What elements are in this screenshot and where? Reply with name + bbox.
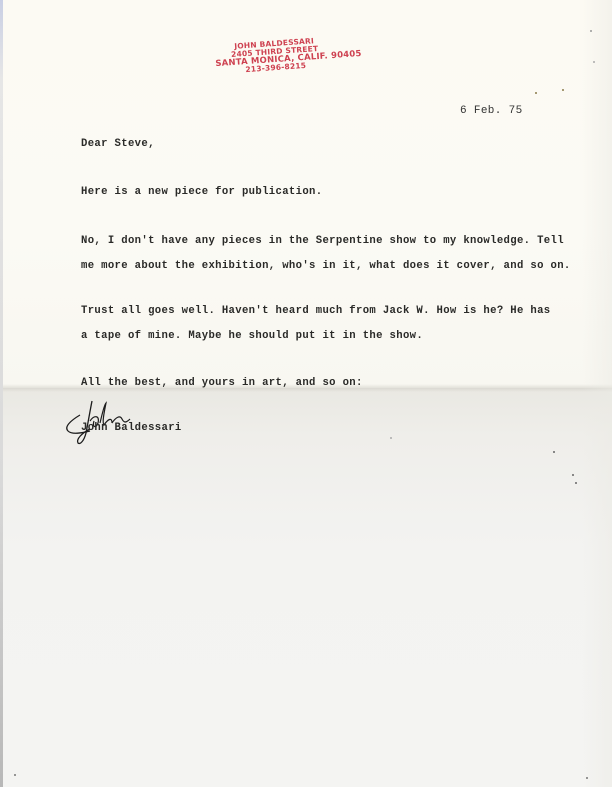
paper-speck [586, 777, 588, 779]
paper-speck [593, 61, 595, 63]
paper-speck [575, 482, 577, 484]
paper-left-edge [0, 0, 3, 787]
paper-speck [590, 30, 592, 32]
paragraph-2-line-1: No, I don't have any pieces in the Serpe… [81, 234, 564, 248]
typed-signature: John Baldessari [81, 421, 182, 435]
paper-speck [572, 474, 574, 476]
paper-speck [14, 774, 16, 776]
paragraph-1-line-1: Here is a new piece for publication. [81, 185, 322, 199]
paragraph-3-line-1: Trust all goes well. Haven't heard much … [81, 304, 551, 318]
paper-speck [562, 89, 564, 91]
paper-speck [390, 437, 392, 439]
salutation: Dear Steve, [81, 137, 155, 151]
paragraph-2-line-2: me more about the exhibition, who's in i… [81, 259, 571, 273]
paragraph-3-line-2: a tape of mine. Maybe he should put it i… [81, 329, 423, 343]
paper-right-shade [582, 0, 612, 787]
letter-date: 6 Feb. 75 [460, 104, 523, 118]
paper-speck [553, 451, 555, 453]
closing-line: All the best, and yours in art, and so o… [81, 376, 363, 390]
paper-speck [535, 92, 537, 94]
letter-page: JOHN BALDESSARI 2405 THIRD STREET SANTA … [0, 0, 612, 787]
